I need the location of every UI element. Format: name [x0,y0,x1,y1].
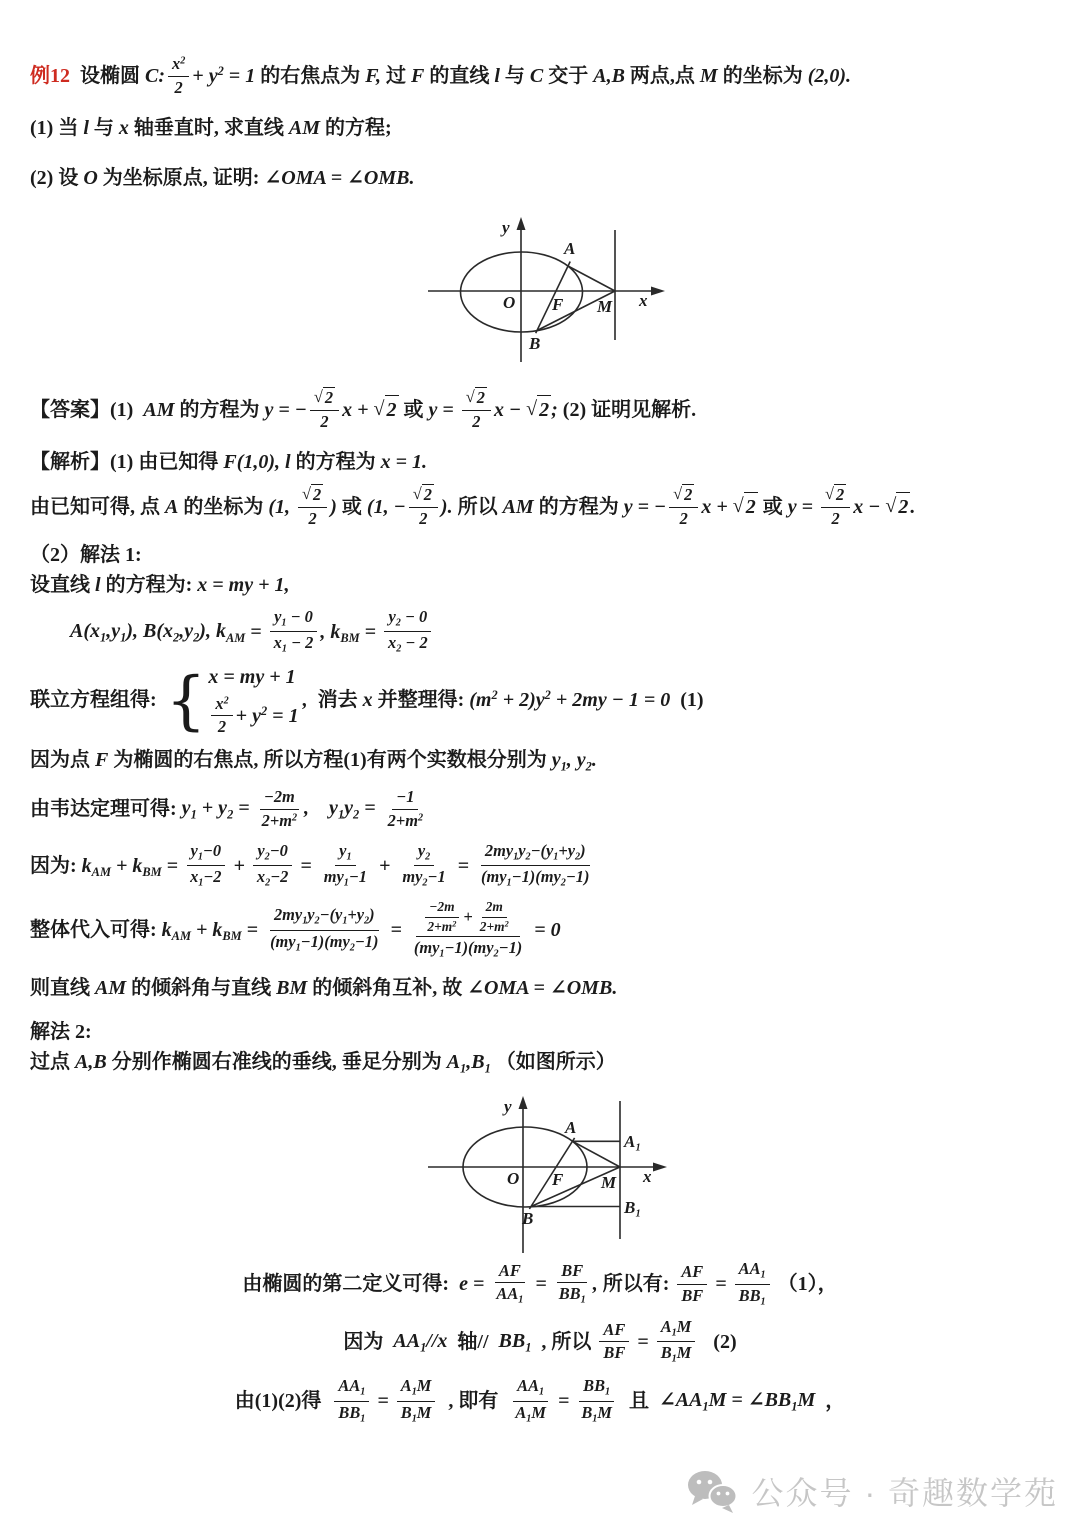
math-run: 2+m2 [262,811,297,832]
fraction: y2 − 0x2 − 2 [384,607,432,657]
fraction: √22 [298,484,327,529]
text-run: 【解析】(1) 由已知得 [30,448,223,476]
math-run: = [453,852,474,880]
text-run: 消去 [318,686,363,714]
math-run: 2 [309,509,317,530]
fraction: y1my1−1 [320,841,371,891]
watermark: 公众号 · 奇趣数学苑 [686,1468,1058,1514]
math-run: C: [145,62,165,90]
ellipse-figure-1: y x O F M A B [418,212,698,367]
radicand: 2 [537,395,551,424]
subscript: 1 [420,1340,426,1354]
denominator: 2 [214,716,230,738]
math-run: −1 [396,787,414,808]
subscript: 1 [198,852,203,863]
text-run: 与 [89,114,119,142]
math-run: k [82,852,92,880]
text-run: (2) 设 [30,164,83,192]
numerator: −1 [392,787,418,810]
math-run: , k [320,618,340,646]
subscript: 2 [494,949,499,960]
text-run: 整体代入可得: [30,916,162,944]
subscript: 1 [346,852,351,863]
text-run: 分别作椭圆右准线的垂线, 垂足分别为 [107,1048,447,1076]
math-run: A(x1,y1), B(x2,y2), k [70,617,226,647]
radical-sign: √ [526,395,537,423]
label-m: M [596,297,613,316]
text-run: 的右焦点为 [255,62,365,90]
math-run: = [162,852,183,880]
math-run: A,B [593,62,625,90]
numerator: √2 [298,484,327,508]
math-run: 2 [175,78,183,99]
numerator: −2m [425,899,458,918]
figure-2-wrap: y x O F M A A₁ B B₁ [418,1089,1050,1257]
math-run: F [95,746,108,774]
subscript: 1 [581,1295,586,1306]
text-run: ， [815,1387,845,1415]
math-run: 2my1y2−(y1+y2) [274,905,375,928]
sqrt: √2 [374,395,399,424]
sqrt: √2 [302,484,323,506]
math-run: my2−1 [402,867,445,890]
subscript: 2 [353,808,359,822]
math-run: AM [143,396,174,424]
numerator: AA1 [334,1376,369,1401]
math-run: x = my + 1, [197,571,289,599]
subscript: 1 [191,808,197,822]
math-run: = [553,1387,574,1415]
math-run: x = 1. [381,448,427,476]
subscript: 2 [193,630,199,644]
denominator: 2+m2 [476,918,513,936]
numerator: x2 [168,54,189,77]
text-run: 的直线 [424,62,494,90]
math-run: e = [459,1270,489,1298]
denominator: x2−2 [253,866,292,890]
math-run: AF [681,1262,703,1283]
superscript: 2 [452,919,456,928]
subscript: 1 [439,949,444,960]
fraction: √22 [462,387,491,432]
math-run: O [83,164,97,192]
math-run: (m2 + 2)y2 + 2my − 1 = 0 [469,686,670,714]
radical-sign: √ [413,484,422,505]
math-run: + [229,852,250,880]
math-run: + y2 = 1 [236,702,299,730]
math-run: 2 [218,717,226,738]
math-run: x1 − 2 [274,633,314,656]
vieta-equation: 由韦达定理可得: y1 + y2 = −2m2+m2, y1y2 = −12+m… [30,787,1050,831]
denominator: my2−1 [398,866,449,890]
math-run: y2 [418,841,430,864]
subscript: BM [340,630,359,647]
numerator: y1−0 [187,841,226,866]
math-run: ∠AA1M = ∠BB1M [659,1386,815,1416]
text-run: 的倾斜角互补, 故 [307,974,467,1002]
math-run: ∠OMA = ∠OMB. [467,974,617,1002]
text-run: 则直线 [30,974,95,1002]
denominator: BB1 [334,1402,369,1426]
radicand: 2 [422,484,434,506]
math-run: + k [111,852,142,880]
equation-system: {x = my + 1x22+ y2 = 1 [166,663,299,738]
math-run: AA1 [739,1259,766,1282]
math-run: B1M [661,1343,692,1366]
denominator: BF [677,1285,707,1307]
math-run: ∠OMA = ∠OMB. [264,164,414,192]
text-run: 所以 [453,493,503,521]
denominator: 2 [468,411,484,433]
denominator: x1−2 [186,866,225,890]
subscript: 2 [315,916,320,927]
sqrt: √2 [526,395,551,424]
text-run: 为坐标原点, 证明: [98,164,265,192]
numerator: √2 [310,387,339,411]
fraction: A1MB1M [657,1317,696,1367]
math-run: BB1 [739,1286,766,1309]
fraction: y2my2−1 [398,841,449,891]
denominator: 2 [415,508,431,530]
denominator: 2 [171,77,187,99]
math-run: x2−2 [257,867,288,890]
numerator: x2 [211,694,232,717]
subscript: 2 [265,852,270,863]
subscript: 2 [575,852,580,863]
subscript: 1 [360,1413,365,1424]
math-run: C [530,62,543,90]
method-1-header: （2）解法 1: [30,541,1050,569]
system-row: x22+ y2 = 1 [208,694,298,738]
radical-sign: √ [302,484,311,505]
radical-sign: √ [885,492,896,520]
math-run: BB1 [499,1327,532,1357]
math-run: = [295,852,316,880]
math-run: BB1 [583,1376,610,1399]
superscript: 2 [491,688,497,702]
math-run: 2+m2 [388,811,423,832]
problem-stem: 例12设椭圆 C:x22+ y2 = 1 的右焦点为 F, 过 F 的直线 l … [30,54,1050,98]
label-b: B [528,334,540,353]
math-run: A [165,493,178,521]
fraction: 2my1y2−(y1+y2)(my1−1)(my2−1) [477,841,593,891]
denominator: BB1 [735,1285,770,1309]
text-run: 或 [337,493,367,521]
text-run: （1）， [773,1270,838,1298]
subscript: 1 [100,630,106,644]
fraction: AFBF [677,1262,707,1306]
equation-system-line: 联立方程组得: {x = my + 1x22+ y2 = 1, 消去 x 并整理… [30,663,1050,738]
math-run: + k [191,916,222,944]
subscript: 1 [360,1387,365,1398]
radical-sign: √ [733,492,744,520]
example-tag: 例12 [30,62,70,90]
denominator: (my1−1)(my2−1) [477,866,593,890]
math-run: AM [503,493,534,521]
superscript: 2 [261,704,267,718]
denominator: 2+m2 [384,810,427,832]
superscript: 2 [418,812,423,823]
numerator: y2 [414,841,434,866]
math-run: x [119,114,129,142]
label-f: F [551,295,564,314]
label-x: x [638,291,648,310]
math-run: = 0 [529,916,560,944]
subscript: 1 [672,1354,677,1365]
subscript: 1 [702,1399,708,1413]
label-b: B [521,1209,533,1228]
line-l-equation: 设直线 l 的方程为: x = my + 1, [30,571,1050,599]
denominator: 2 [316,411,332,433]
denominator: BB1 [555,1283,590,1307]
math-run: 2my1y2−(y1+y2) [485,841,586,864]
system-rows: x = my + 1x22+ y2 = 1 [208,663,298,738]
subscript: AM [92,864,111,881]
subscript: 1 [460,1061,466,1075]
subscript: 1 [513,852,518,863]
segment-am [573,1142,621,1168]
fraction: x22 [211,694,232,738]
subscript: 1 [791,1399,797,1413]
fraction: BB1B1M [577,1376,616,1426]
numerator: √2 [409,484,438,508]
text-run: 的方程为 [174,396,264,424]
numerator: √2 [669,484,698,508]
subscript: 1 [672,1327,677,1338]
text-run: 轴// [447,1328,498,1356]
method-2-header: 解法 2: [30,1018,1050,1046]
math-run: BF [681,1286,703,1307]
math-run: A1M [401,1376,432,1399]
radicand: 2 [744,492,758,521]
radicand: 2 [896,492,910,521]
subscript: 1 [592,1413,597,1424]
denominator: AA1 [492,1283,527,1307]
text-run: (1) [670,686,703,714]
text-run: 由已知可得, 点 [30,493,165,521]
label-a1: A₁ [623,1132,641,1151]
denominator: 2+m2 [258,810,301,832]
numerator: AF [495,1261,525,1284]
text-run: 轴垂直时, 求直线 [129,114,289,142]
fraction: AA1BB1 [735,1259,770,1309]
fraction: −2m2+m2+2m2+m2(my1−1)(my2−1) [410,899,526,962]
numerator: A1M [657,1317,696,1342]
fraction: √22 [669,484,698,529]
math-run: 2m [486,899,503,916]
math-run: AA1 [517,1376,544,1399]
x-axis-arrow [651,287,665,296]
subscript: 1 [344,878,349,889]
numerator: y2−0 [253,841,292,866]
fraction: x22 [168,54,189,98]
text-run: 所以有: [598,1270,675,1298]
sqrt: √2 [733,492,758,521]
math-run: 2+m2 [480,919,509,936]
text-run: 交于 [543,62,593,90]
answer-line: 【答案】(1) AM 的方程为 y = −√22x + √2 或 y = √22… [30,387,1050,432]
math-run: A1M [661,1317,692,1340]
math-run: x + [701,493,732,521]
sqrt: √2 [413,484,434,506]
text-run: 过 [381,62,411,90]
superscript: 2 [292,812,297,823]
denominator: 2 [305,508,321,530]
math-run: = [632,1328,653,1356]
text-run: 且 [619,1387,659,1415]
subscript: 1 [342,916,347,927]
numerator: AF [599,1320,629,1343]
subscript: 2 [173,630,179,644]
math-run: , y1y2 = [304,794,381,824]
subscript: 2 [526,852,531,863]
math-run: x − [494,396,526,424]
segment-am [568,266,615,291]
math-run: 2 [832,509,840,530]
subscript: 2 [396,644,401,655]
numerator: BF [557,1261,587,1284]
y-axis-arrow [519,1096,528,1109]
subscript: AM [172,928,191,945]
math-run: = [385,916,406,944]
fraction: √22 [310,387,339,432]
denominator: BF [599,1342,629,1364]
fraction: AA1A1M [511,1376,550,1426]
method-1-conclusion: 则直线 AM 的倾斜角与直线 BM 的倾斜角互补, 故 ∠OMA = ∠OMB. [30,974,1050,1002]
math-run: x + [342,396,373,424]
text-run: 因为: [30,852,82,880]
text-run: 为椭圆的右焦点, 所以方程(1)有两个实数根分别为 [108,746,551,774]
superscript: 2 [545,688,551,702]
text-run: 的方程为 [534,493,624,521]
math-run: + [374,852,395,880]
math-run: AA1//x [393,1327,447,1357]
math-run: = [710,1270,731,1298]
math-run: B1M [581,1403,612,1426]
text-run: 的倾斜角与直线 [126,974,276,1002]
fraction: y2−0x2−2 [253,841,292,891]
text-run: 或 [399,396,429,424]
math-run: F, [365,62,381,90]
text-run: 或 [758,493,788,521]
document-page: 例12设椭圆 C:x22+ y2 = 1 的右焦点为 F, 过 F 的直线 l … [0,0,1080,1526]
math-run: y = − [624,493,666,521]
denominator: A1M [511,1402,550,1426]
math-run: , [303,686,318,714]
text-run: 的坐标为 [718,62,808,90]
subscript: 2 [422,878,427,889]
math-run: y1 + y2 = [182,794,255,824]
label-x: x [642,1167,652,1186]
radicand: 2 [385,395,399,424]
numerator: √2 [821,484,850,508]
text-run: 过点 [30,1048,75,1076]
subscript: 2 [425,852,430,863]
math-run: = [242,916,263,944]
label-m: M [600,1173,617,1192]
math-run: y = [788,493,818,521]
text-run: 由椭圆的第二定义可得: [242,1270,459,1298]
sqrt: √2 [825,484,846,506]
math-run: A1,B1 [447,1048,491,1078]
numerator: 2m [482,899,507,918]
math-run: = [530,1270,551,1298]
fraction: √22 [821,484,850,529]
numerator: A1M [397,1376,436,1401]
radical-sign: √ [374,395,385,423]
math-run: 2 [472,412,480,433]
numerator: √2 [462,387,491,411]
fraction: AFAA1 [492,1261,527,1308]
radical-sign: √ [673,484,682,505]
math-run: M [700,62,718,90]
subscript: 1 [282,644,287,655]
math-run: BM [276,974,307,1002]
math-run: y1 [339,841,351,864]
math-run: = [372,1387,393,1415]
text-run: 解法 2: [30,1018,92,1046]
text-run: （如图所示） [491,1048,616,1076]
sqrt: √2 [673,484,694,506]
math-run: BB1 [559,1284,586,1307]
fraction: y1−0x1−2 [186,841,225,891]
sqrt: √2 [466,387,487,409]
numerator: y1 − 0 [270,607,317,632]
denominator: my1−1 [320,866,371,890]
math-run: (1, − [367,493,406,521]
subscript: 2 [265,878,270,889]
text-run: 的方程; [320,114,392,142]
label-f: F [551,1170,564,1189]
sqrt: √2 [314,387,335,409]
math-run: AF [499,1261,521,1282]
text-run: , 所以 [531,1328,596,1356]
math-run: = [245,618,266,646]
fraction: −2m2+m2 [423,899,460,936]
x-axis-arrow [653,1163,667,1172]
math-run: y2 − 0 [388,607,427,630]
subscript: 2 [561,878,566,889]
math-run: BB1 [338,1403,365,1426]
math-run: AA1 [338,1376,365,1399]
fraction: AFBF [599,1320,629,1364]
numerator: AF [677,1262,707,1285]
denominator: (my1−1)(my2−1) [410,937,526,961]
text-run: 因为点 [30,746,95,774]
fraction: AA1BB1 [334,1376,369,1426]
math-run: 2 [320,412,328,433]
fraction: −2m2+m2 [258,787,301,831]
math-run: my1−1 [324,867,367,890]
subscript: 1 [302,916,307,927]
fraction: y1 − 0x1 − 2 [270,607,318,657]
math-run: −2m [264,787,295,808]
roots-statement: 因为点 F 为椭圆的右焦点, 所以方程(1)有两个实数根分别为 y1, y2. [30,746,1050,776]
subscript: 1 [198,878,203,889]
math-run: x2 [215,694,228,715]
denominator: 2+m2 [423,918,460,936]
math-run: ) [330,493,337,521]
label-o: O [507,1169,519,1188]
subscript: 2 [396,618,401,629]
numerator: y2 − 0 [384,607,431,632]
numerator: 2my1y2−(y1+y2) [270,905,379,930]
subscript: BM [222,928,241,945]
radical-sign: √ [314,387,323,408]
analysis-line-2: 由已知可得, 点 A 的坐标为 (1, √22) 或 (1, −√22). 所以… [30,484,1050,529]
fraction: 2my1y2−(y1+y2)(my1−1)(my2−1) [266,905,382,955]
math-run: x [363,686,373,714]
